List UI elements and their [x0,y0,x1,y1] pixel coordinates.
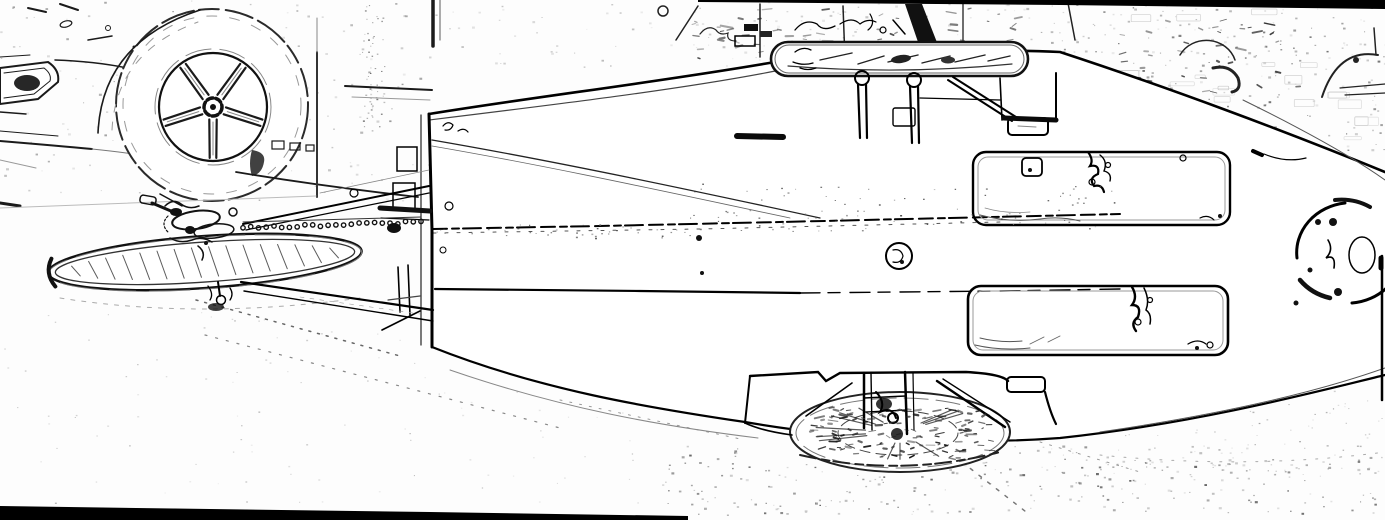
dark-bar [1004,118,1056,120]
rear-hub [891,428,903,440]
scene-svg: Edge-detected black-and-white photograph… [0,0,1385,520]
dark-bar [737,136,783,137]
rivet [700,271,704,275]
headlight-bulb [14,75,40,91]
edge-detected-photo: Edge-detected black-and-white photograph… [0,0,1385,520]
steering-wheel [771,42,1028,76]
rivet [696,235,702,241]
